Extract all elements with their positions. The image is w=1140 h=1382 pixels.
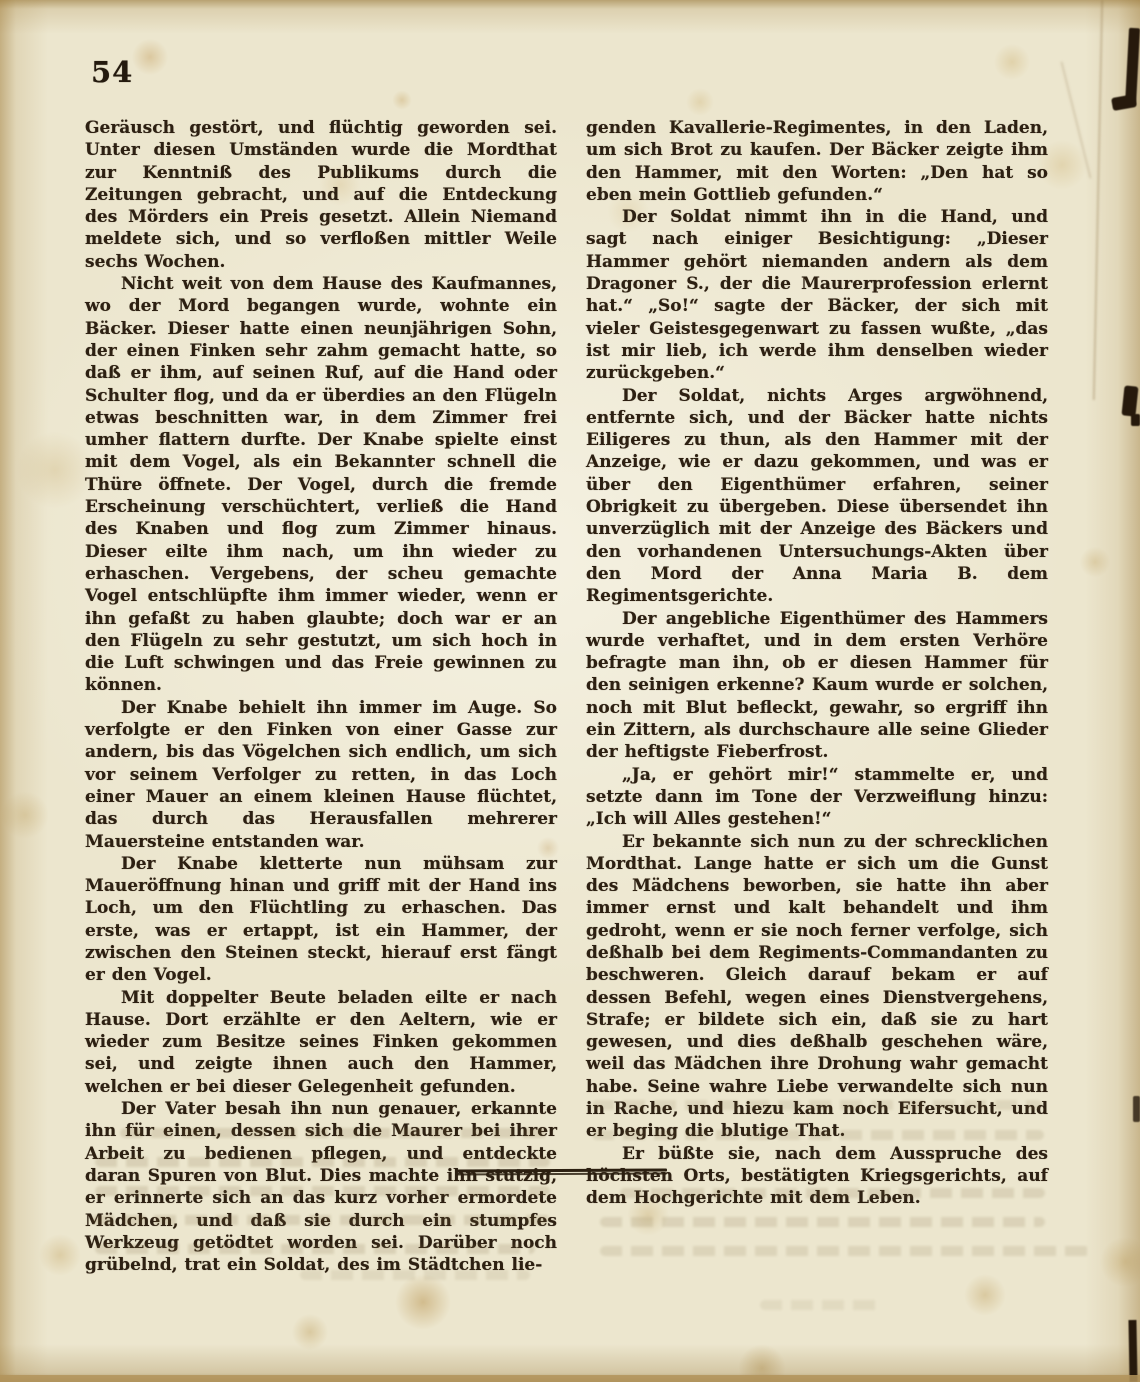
text-column-right: genden Kavallerie-Regimentes, in den Lad… bbox=[586, 117, 1048, 1210]
bleedthrough-text-ghost bbox=[600, 1246, 1090, 1256]
paragraph: Mit doppelter Beute beladen eilte er nac… bbox=[85, 987, 557, 1098]
binding-ink-mark bbox=[1111, 94, 1137, 111]
paragraph: Er büßte sie, nach dem Ausspruche des hö… bbox=[586, 1143, 1048, 1210]
binding-ink-mark bbox=[1133, 1096, 1140, 1122]
section-divider-rule bbox=[455, 1168, 667, 1175]
text-column-left: Geräusch gestört, und flüchtig geworden … bbox=[85, 117, 557, 1276]
paragraph: Nicht weit von dem Hause des Kaufmannes,… bbox=[85, 273, 557, 697]
paragraph: genden Kavallerie-Regimentes, in den Lad… bbox=[586, 117, 1048, 206]
page-bottom-edge bbox=[0, 1375, 1140, 1382]
divider-line-top bbox=[455, 1168, 667, 1172]
paragraph: Der Soldat nimmt ihn in die Hand, und sa… bbox=[586, 206, 1048, 384]
bleedthrough-text-ghost bbox=[600, 1217, 1045, 1227]
paper-crease bbox=[1093, 0, 1103, 400]
binding-ink-mark bbox=[1128, 1320, 1137, 1382]
bleedthrough-text-ghost bbox=[760, 1300, 880, 1310]
paragraph: Der angebliche Eigenthümer des Hammers w… bbox=[586, 608, 1048, 764]
paragraph: „Ja, er gehört mir!“ stammelte er, und s… bbox=[586, 764, 1048, 831]
paragraph: Der Knabe behielt ihn immer im Auge. So … bbox=[85, 697, 557, 853]
paper-crease bbox=[1061, 62, 1092, 179]
paragraph: Der Knabe kletterte nun mühsam zur Mauer… bbox=[85, 853, 557, 987]
paragraph: Geräusch gestört, und flüchtig geworden … bbox=[85, 117, 557, 273]
paragraph: Er bekannte sich nun zu der schreckliche… bbox=[586, 831, 1048, 1143]
binding-ink-mark bbox=[1131, 414, 1140, 426]
paragraph: Der Vater besah ihn nun genauer, erkannt… bbox=[85, 1098, 557, 1276]
page-number: 54 bbox=[91, 55, 133, 89]
binding-ink-mark bbox=[1121, 385, 1138, 416]
paragraph: Der Soldat, nichts Arges argwöhnend, ent… bbox=[586, 385, 1048, 608]
book-page: 54 Geräusch gestört, und flüchtig geword… bbox=[0, 0, 1140, 1382]
